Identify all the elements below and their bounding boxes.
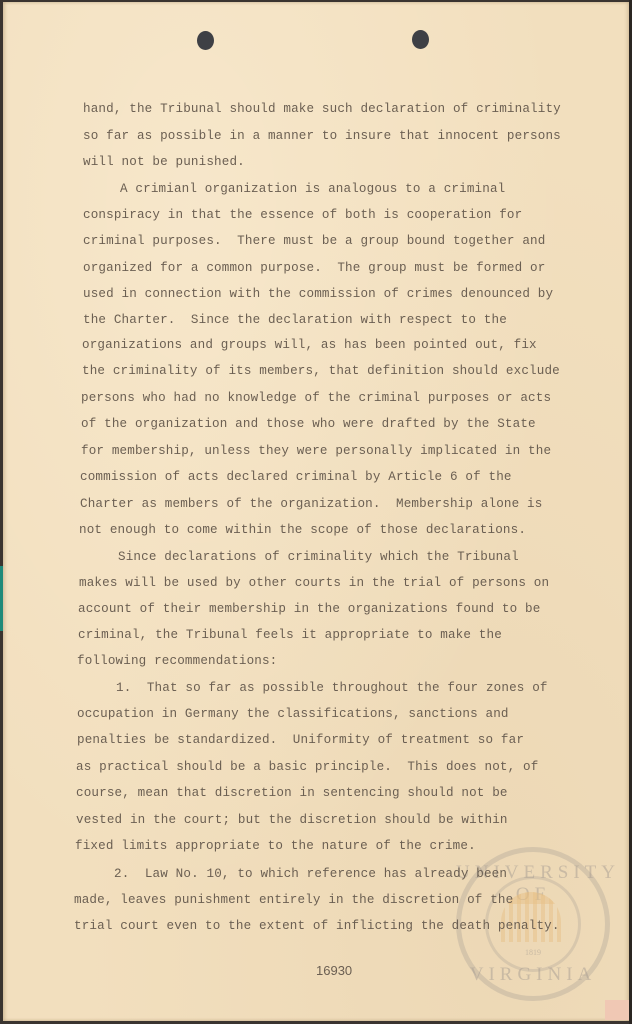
text-line: trial court even to the extent of inflic…: [74, 919, 560, 933]
text-line: the Charter. Since the declaration with …: [83, 313, 507, 327]
text-line: so far as possible in a manner to insure…: [83, 129, 561, 143]
text-line: 1. That so far as possible throughout th…: [116, 681, 548, 695]
text-line: made, leaves punishment entirely in the …: [74, 893, 513, 907]
text-line: occupation in Germany the classification…: [77, 707, 509, 721]
text-line: commission of acts declared criminal by …: [80, 470, 512, 484]
page-number: 16930: [316, 963, 352, 978]
text-line: used in connection with the commission o…: [83, 287, 553, 301]
text-line: course, mean that discretion in sentenci…: [76, 786, 508, 800]
seal-bottom-text: VIRGINIA: [456, 964, 610, 986]
left-tab-marker: [0, 566, 3, 631]
text-line: criminal, the Tribunal feels it appropri…: [78, 628, 502, 642]
text-line: for membership, unless they were persona…: [81, 444, 551, 458]
text-line: A crimianl organization is analogous to …: [120, 182, 505, 196]
text-line: vested in the court; but the discretion …: [76, 813, 508, 827]
text-line: following recommendations:: [77, 654, 277, 668]
text-line: Charter as members of the organization. …: [80, 497, 542, 511]
text-line: will not be punished.: [83, 155, 245, 169]
text-line: of the organization and those who were d…: [81, 417, 536, 431]
text-line: the criminality of its members, that def…: [82, 364, 560, 378]
text-line: organizations and groups will, as has be…: [82, 338, 537, 352]
text-line: penalties be standardized. Uniformity of…: [77, 733, 524, 747]
text-line: hand, the Tribunal should make such decl…: [83, 102, 561, 116]
text-line: persons who had no knowledge of the crim…: [81, 391, 551, 405]
punch-hole-left: [197, 31, 214, 50]
text-line: 2. Law No. 10, to which reference has al…: [114, 867, 507, 881]
text-line: as practical should be a basic principle…: [76, 760, 538, 774]
text-line: account of their membership in the organ…: [78, 602, 540, 616]
punch-hole-right: [412, 30, 429, 49]
seal-year: 1819: [461, 948, 605, 957]
text-line: organized for a common purpose. The grou…: [83, 261, 545, 275]
text-line: makes will be used by other courts in th…: [79, 576, 549, 590]
corner-color-patch: [605, 1000, 629, 1020]
text-line: fixed limits appropriate to the nature o…: [75, 839, 476, 853]
text-line: criminal purposes. There must be a group…: [83, 234, 545, 248]
text-line: not enough to come within the scope of t…: [79, 523, 526, 537]
text-line: Since declarations of criminality which …: [118, 550, 519, 564]
text-line: conspiracy in that the essence of both i…: [83, 208, 522, 222]
